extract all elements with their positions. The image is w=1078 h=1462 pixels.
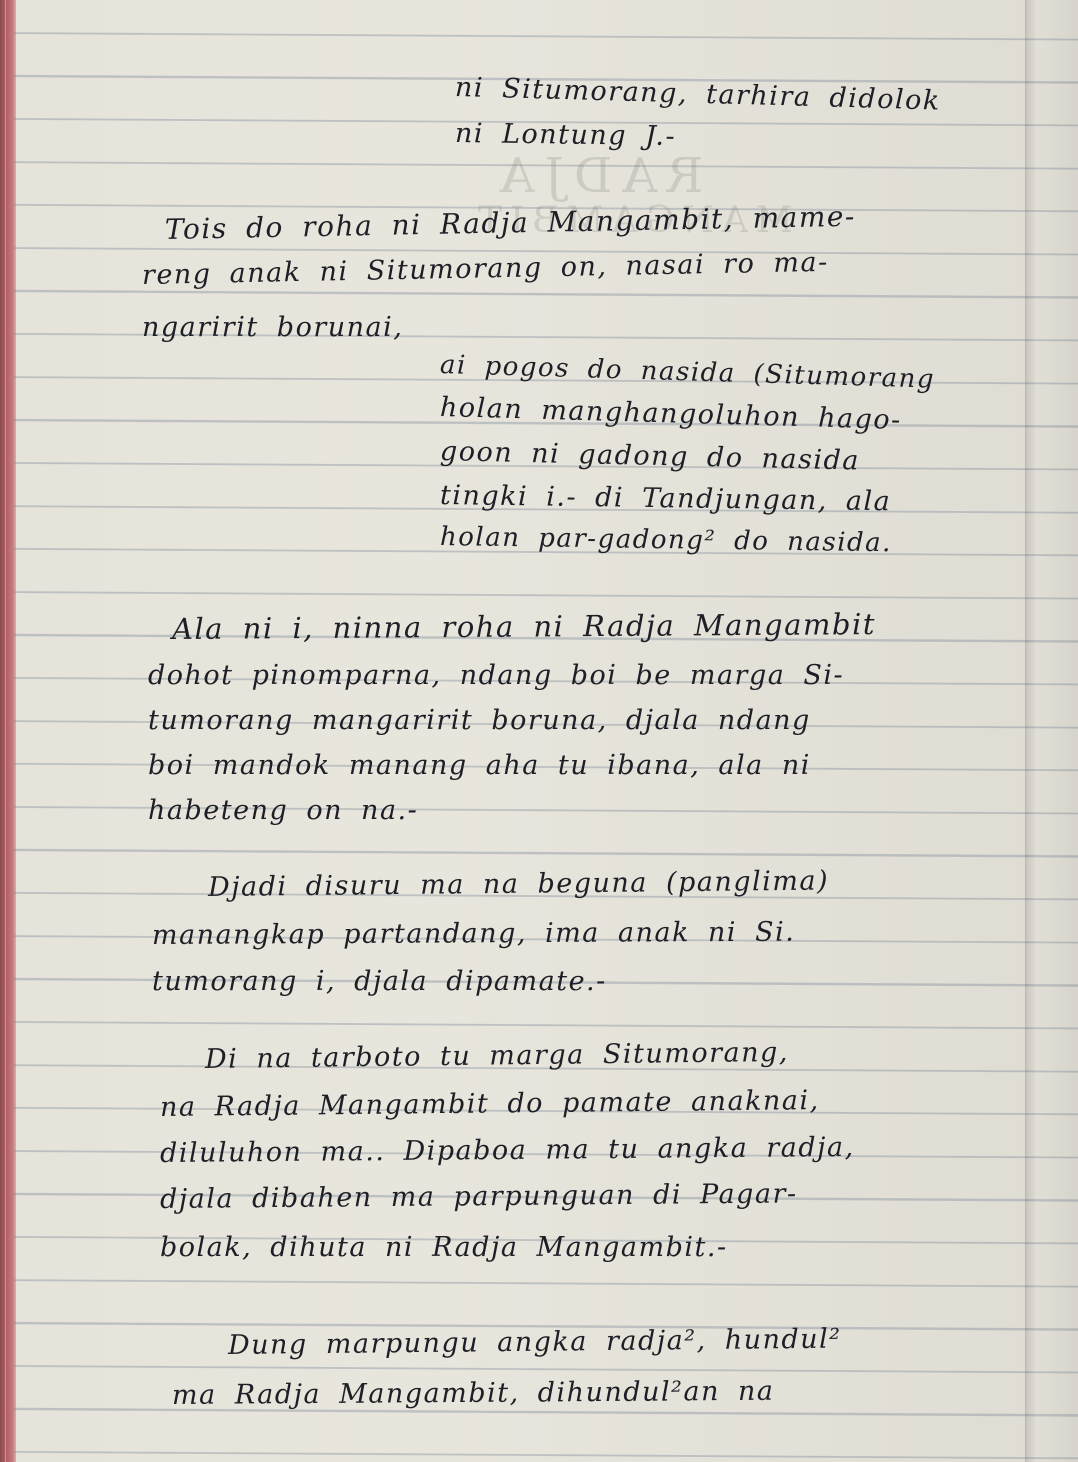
handwritten-line: tingki i.- di Tandjungan, ala bbox=[440, 480, 892, 517]
handwritten-line: manangkap partandang, ima anak ni Si. bbox=[152, 917, 795, 951]
handwritten-line: Dung marpungu angka radja², hundul² bbox=[228, 1324, 842, 1361]
page-fold bbox=[1025, 0, 1078, 1462]
handwritten-line: ni Lontung J.- bbox=[455, 118, 677, 152]
handwritten-line: boi mandok manang aha tu ibana, ala ni bbox=[148, 750, 811, 781]
handwritten-line: diluluhon ma.. Dipaboa ma tu angka radja… bbox=[160, 1132, 855, 1169]
handwritten-line: ma Radja Mangambit, dihundul²an na bbox=[172, 1376, 775, 1411]
handwritten-line: djala dibahen ma parpunguan di Pagar- bbox=[160, 1178, 798, 1215]
handwritten-line: ngaririt borunai, bbox=[142, 312, 403, 343]
handwritten-line: tumorang i, djala dipamate.- bbox=[152, 966, 607, 997]
handwritten-line: Ala ni i, ninna roha ni Radja Mangambit bbox=[172, 607, 876, 646]
handwritten-line: bolak, dihuta ni Radja Mangambit.- bbox=[160, 1232, 728, 1263]
handwritten-line: holan par-gadong² do nasida. bbox=[440, 522, 892, 558]
handwritten-line: tumorang mangaririt boruna, djala ndang bbox=[148, 705, 811, 736]
handwritten-line: Djadi disuru ma na beguna (panglima) bbox=[208, 865, 829, 903]
notebook-page: RADJA MANGAMBIT ni Situmorang, tarhira d… bbox=[0, 0, 1078, 1462]
handwritten-line: dohot pinomparna, ndang boi be marga Si- bbox=[148, 660, 844, 691]
handwritten-line: habeteng on na.- bbox=[148, 795, 418, 826]
